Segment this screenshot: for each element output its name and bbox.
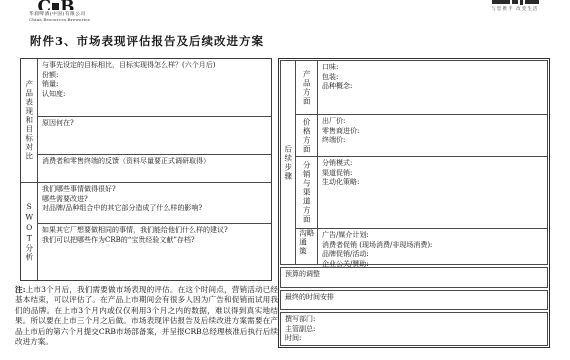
crb-logo-mark-icon: CB	[29, 0, 83, 10]
row-label-communication: 沟通策略	[296, 228, 318, 264]
followup-table: 后续步骤 产品方面 口味: 包装: 品种概念: 价格方面 出厂价: 零售商进价:…	[280, 60, 548, 265]
table-row: 如果其它厂想要做相同的事情，我们能给他们什么样的建议? 我们可以把哪些作为CRB…	[38, 223, 271, 280]
crb-logo-shield-icon	[52, 3, 59, 10]
row-label-price: 价格方面	[296, 114, 318, 156]
section-label-swot: SWOT分析	[21, 182, 38, 280]
corner-brand-mark-icon	[469, 0, 561, 5]
table-row: 广告/媒介计划: 消费者促销 (现场消费/非现场消费): 品牌促销/活动: 企业…	[318, 228, 547, 264]
budget-adjustment-row: 预算的调整	[280, 267, 548, 288]
supervising-vp-field: 主管副总:	[285, 325, 543, 335]
note-label: 注:	[15, 285, 26, 294]
note-paragraph: 注:上市3个月后，我们需要做市场表现的评估。在这个时间点，营销活动已经基本结束，…	[15, 285, 278, 347]
signoff-block: 撰写部门: 主管副总: 时间:	[280, 312, 548, 346]
table-row: 出厂价: 零售商进价: 终端价:	[318, 114, 547, 156]
crb-logo-letter-b: B	[60, 0, 74, 10]
table-row: 与事先设定的目标相比，目标实现得怎么样？(六个月后) 份额: 销量: 认知度:	[38, 59, 271, 116]
table-row: 我们哪些事情做得很好? 哪些需要改进? 对品牌/品种组合中的其它部分造成了什么样…	[38, 182, 271, 223]
date-field: 时间:	[285, 334, 543, 344]
corner-brand-slogan: 与您携手 改变生活	[469, 6, 561, 12]
table-row: 口味: 包装: 品种概念:	[318, 61, 547, 114]
section-label-product-performance: 产品表现和目标对比	[21, 59, 38, 182]
right-column: 后续步骤 产品方面 口味: 包装: 品种概念: 价格方面 出厂价: 零售商进价:…	[278, 58, 550, 348]
crb-logo-letter-c: C	[38, 0, 52, 10]
page-title: 附件3、市场表现评估报告及后续改进方案	[30, 33, 264, 49]
table-row: 消费者和零售终端的反馈（资料尽量要正式调研取得）	[38, 154, 271, 182]
row-label-product: 产品方面	[296, 61, 318, 114]
left-table: 产品表现和目标对比 SWOT分析 与事先设定的目标相比，目标实现得怎么样？(六个…	[20, 58, 272, 281]
note-text: 上市3个月后，我们需要做市场表现的评估。在这个时间点，营销活动已经基本结束，可以…	[15, 285, 278, 346]
final-schedule-row: 最终的时间安排	[280, 290, 548, 310]
table-row: 原因何在?	[38, 116, 271, 154]
table-row: 分销模式: 渠道促销: 生动化策略:	[318, 156, 547, 228]
crb-logo: CB 华润啤酒(中国)有限公司 China Resources Brewerie…	[29, 0, 83, 22]
crb-company-name-en: China Resources Breweries	[29, 17, 83, 22]
document-page: CB 华润啤酒(中国)有限公司 China Resources Brewerie…	[0, 0, 570, 360]
section-label-followup-steps: 后续步骤	[281, 61, 296, 264]
writing-department-field: 撰写部门:	[285, 315, 543, 325]
corner-brand-logo: 与您携手 改变生活	[469, 0, 561, 12]
row-label-distribution: 分销与渠道方面	[296, 156, 318, 228]
